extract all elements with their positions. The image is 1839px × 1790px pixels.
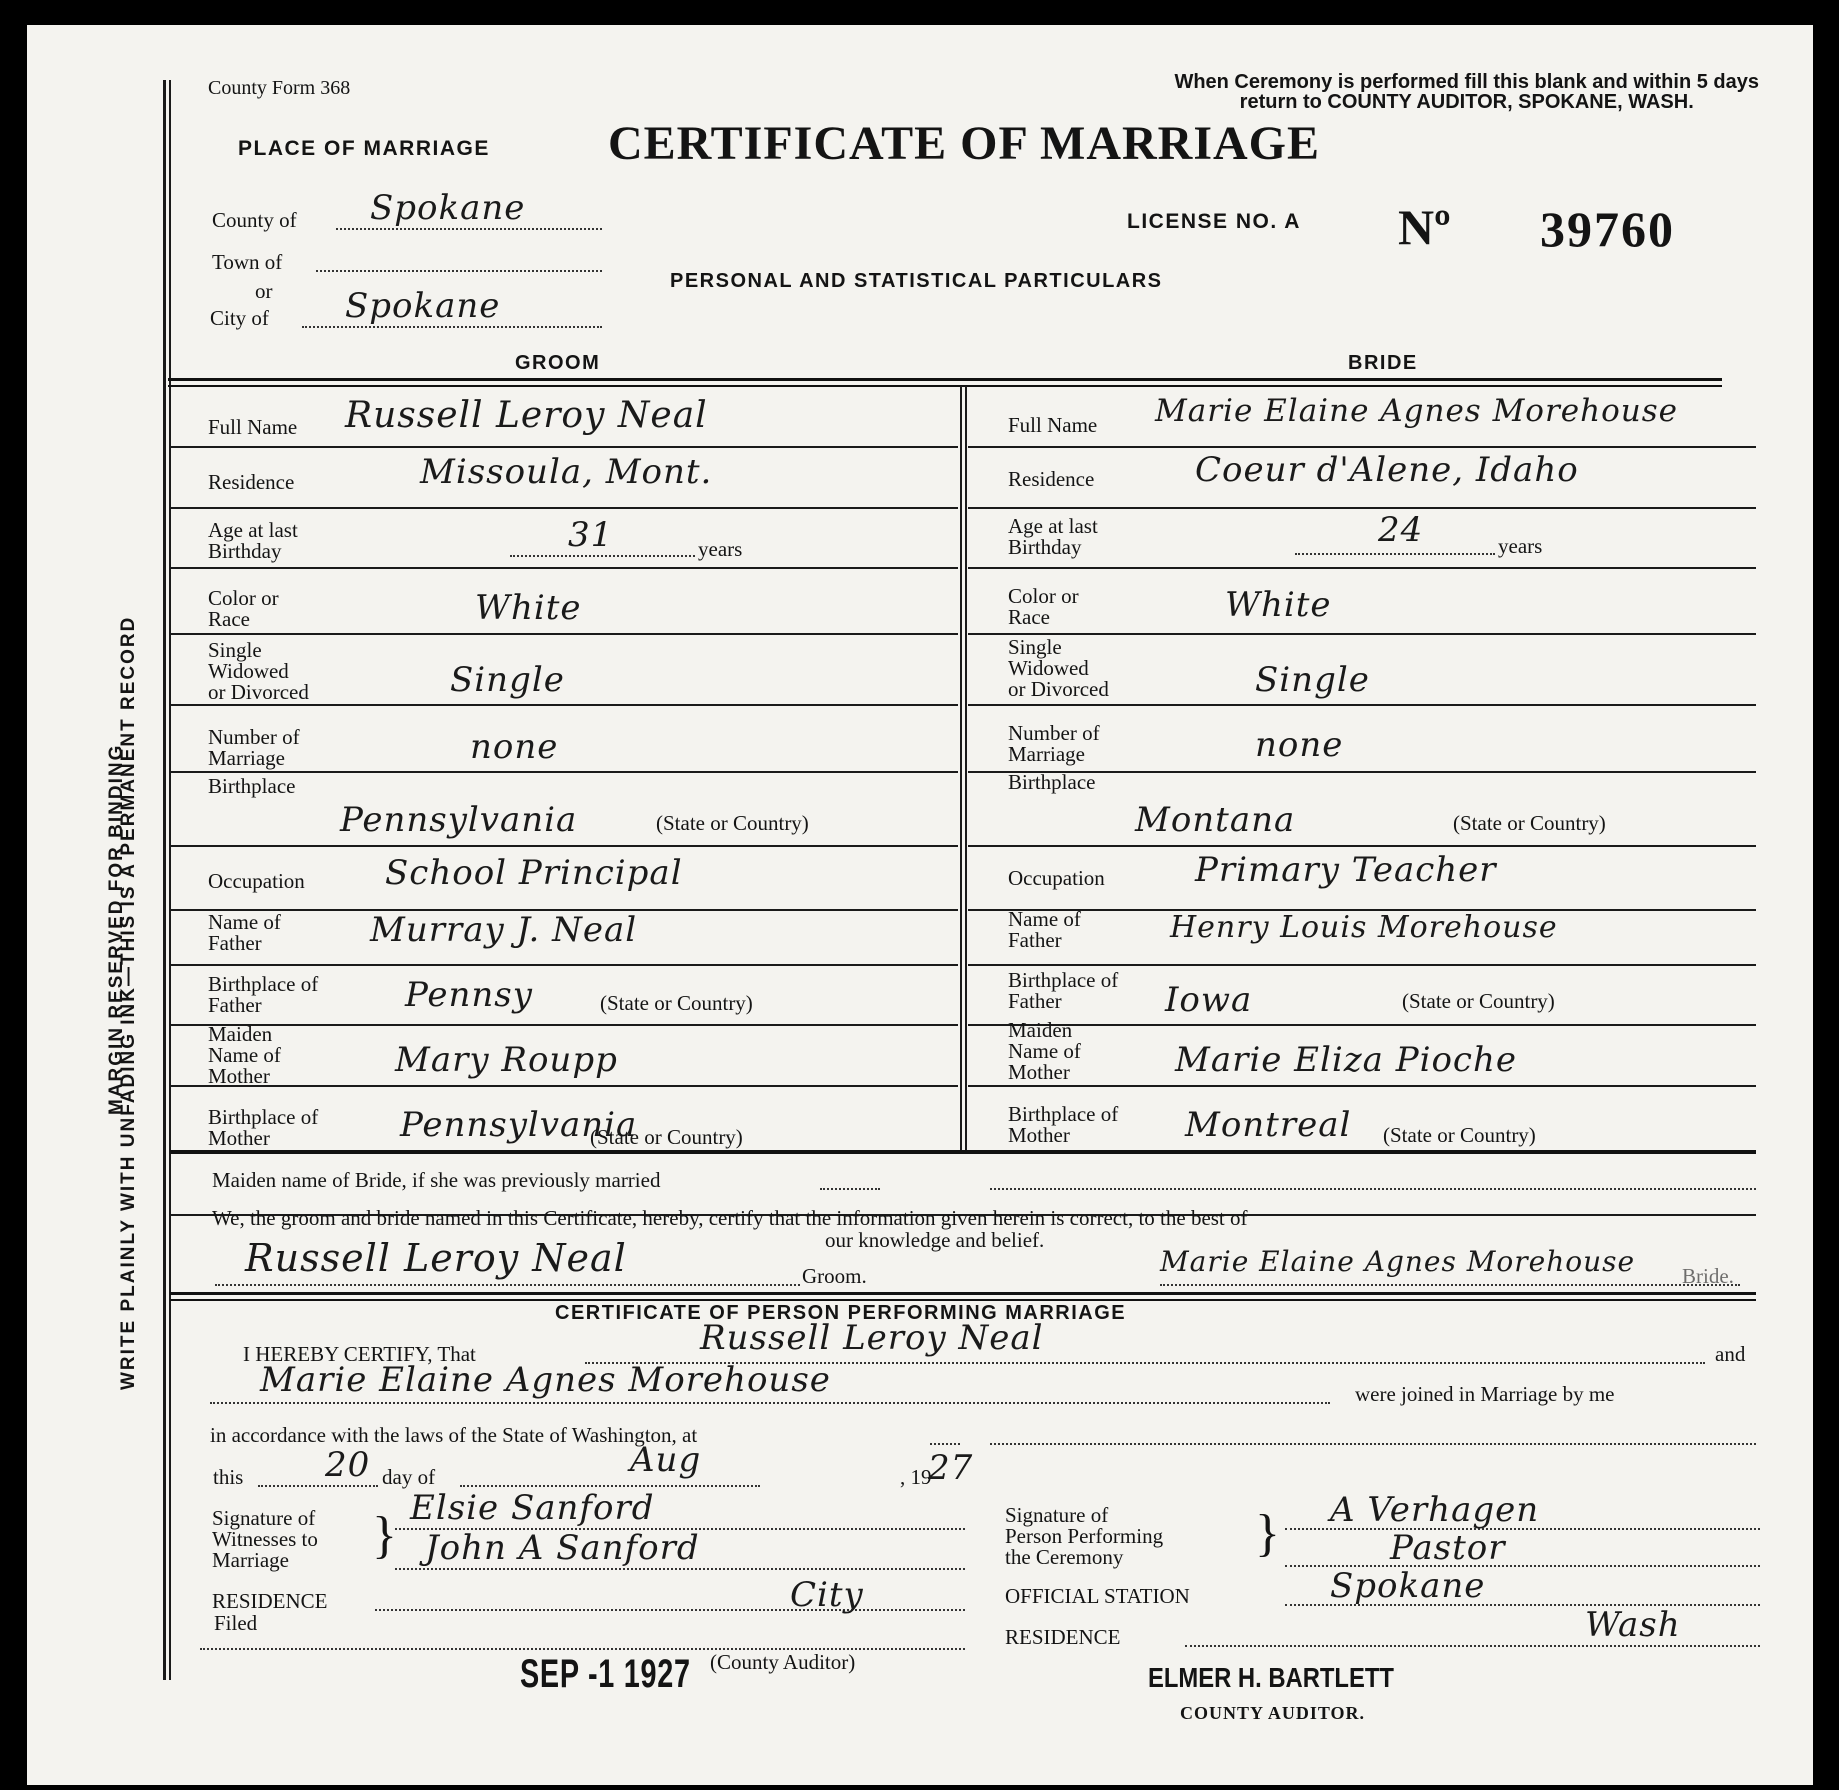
performer-label-2: Person Performing (1005, 1526, 1163, 1547)
groom-status-label-2: Widowed (208, 661, 289, 682)
and-label: and (1715, 1344, 1745, 1365)
rule-line (968, 507, 1756, 509)
bride-bp-mother-hint: (State or Country) (1383, 1125, 1536, 1146)
groom-status: Single (450, 660, 565, 700)
rule-line (968, 446, 1756, 448)
bride-signature: Marie Elaine Agnes Morehouse (1160, 1245, 1635, 1278)
bride-bp-father-hint: (State or Country) (1402, 991, 1555, 1012)
rule-line (930, 1443, 960, 1445)
rule-line (510, 555, 695, 557)
auditor-name-stamp: ELMER H. BARTLETT (1148, 1662, 1394, 1694)
performer-residence-value: Wash (1585, 1605, 1681, 1645)
witness-2-signature: John A Sanford (425, 1528, 700, 1568)
groom-residence: Missoula, Mont. (420, 452, 712, 492)
groom-status-label-1: Single (208, 640, 262, 661)
bride-full-name-label: Full Name (1008, 415, 1097, 436)
groom-father-name: Murray J. Neal (370, 910, 637, 950)
performer-brace: } (1255, 1508, 1280, 1560)
bride-color: White (1225, 585, 1332, 625)
bride-birthplace: Montana (1135, 800, 1295, 840)
return-notice: When Ceremony is performed fill this bla… (1174, 72, 1759, 112)
license-label: LICENSE NO. A (1127, 210, 1301, 234)
groom-color: White (475, 588, 582, 628)
groom-full-name: Russell Leroy Neal (345, 395, 708, 436)
performer-label-1: Signature of (1005, 1505, 1108, 1526)
or-label: or (255, 281, 273, 302)
rule-line (170, 507, 958, 509)
center-divider-inner (965, 386, 967, 1150)
number-symbol: Nº (1398, 198, 1451, 256)
center-divider (960, 386, 962, 1150)
bride-age: 24 (1378, 510, 1423, 550)
groom-number-label-1: Number of (208, 727, 300, 748)
witness-residence-label: RESIDENCE (212, 1591, 328, 1612)
groom-color-label-1: Color or (208, 588, 279, 609)
location-line (990, 1443, 1756, 1445)
rule-line (1160, 1284, 1740, 1286)
day-of-label: day of (382, 1467, 435, 1488)
filed-label: Filed (214, 1613, 257, 1634)
groom-signature-label: Groom. (802, 1266, 867, 1287)
official-station-value: Spokane (1330, 1566, 1485, 1606)
maiden-name-line (990, 1188, 1756, 1190)
groom-mother-label-1: Maiden (208, 1024, 272, 1045)
groom-signature: Russell Leroy Neal (245, 1236, 627, 1280)
performer-signature: A Verhagen (1330, 1490, 1539, 1530)
groom-full-name-label: Full Name (208, 417, 297, 438)
bride-occupation: Primary Teacher (1195, 850, 1497, 890)
joined-label: were joined in Marriage by me (1355, 1384, 1615, 1405)
city-line (302, 326, 602, 328)
rule-line (968, 633, 1756, 635)
rule-line (968, 845, 1756, 847)
bride-mother-label-3: Mother (1008, 1062, 1070, 1083)
groom-bp-mother-label-2: Mother (208, 1128, 270, 1149)
bride-father-label-2: Father (1008, 930, 1062, 951)
auditor-title-stamp: COUNTY AUDITOR. (1180, 1703, 1365, 1724)
rule-line (170, 845, 958, 847)
filed-date-stamp: SEP -1 1927 (520, 1652, 691, 1697)
county-label: County of (212, 210, 297, 231)
groom-color-label-2: Race (208, 609, 250, 630)
witness-residence-value: City (790, 1575, 864, 1615)
groom-years-label: years (698, 539, 742, 560)
county-line (336, 228, 602, 230)
bride-number-label-2: Marriage (1008, 744, 1085, 765)
bride-residence-label: Residence (1008, 469, 1094, 490)
groom-bp-father-hint: (State or Country) (600, 993, 753, 1014)
bride-mother-birthplace: Montreal (1185, 1105, 1351, 1145)
groom-age-label-1: Age at last (208, 520, 298, 541)
rule-line (968, 567, 1756, 569)
county-auditor-label: (County Auditor) (710, 1652, 855, 1673)
bride-number-of-marriage: none (1255, 725, 1343, 765)
declaration-statement-1: We, the groom and bride named in this Ce… (212, 1208, 1248, 1229)
rule-line (820, 1188, 880, 1190)
bride-color-label-1: Color or (1008, 586, 1079, 607)
bride-status-label-1: Single (1008, 637, 1062, 658)
bride-age-label-1: Age at last (1008, 516, 1098, 537)
rule-line (1185, 1645, 1760, 1647)
return-notice-line1: When Ceremony is performed fill this bla… (1174, 72, 1759, 92)
margin-ink-note: WRITE PLAINLY WITH UNFADING INK—THIS IS … (118, 616, 140, 1390)
bride-years-label: years (1498, 536, 1542, 557)
bride-full-name: Marie Elaine Agnes Morehouse (1155, 393, 1678, 429)
groom-father-birthplace: Pennsy (405, 975, 533, 1015)
year-prefix: , 19 (900, 1467, 932, 1488)
bride-occupation-label: Occupation (1008, 868, 1105, 889)
groom-bp-father-label-2: Father (208, 995, 262, 1016)
rule-line (170, 633, 958, 635)
maiden-name-label: Maiden name of Bride, if she was previou… (212, 1170, 660, 1191)
bride-color-label-2: Race (1008, 607, 1050, 628)
bride-mother-label-2: Name of (1008, 1041, 1081, 1062)
particulars-bottom-rule (170, 1150, 1756, 1154)
performer-title: Pastor (1390, 1528, 1505, 1568)
rule-line (1295, 553, 1495, 555)
groom-occupation-label: Occupation (208, 871, 305, 892)
license-number: 39760 (1540, 200, 1675, 258)
rule-line (968, 704, 1756, 706)
accordance-label: in accordance with the laws of the State… (210, 1425, 697, 1446)
bride-heading: BRIDE (1348, 352, 1418, 375)
rule-line (210, 1402, 1330, 1404)
official-station-label: OFFICIAL STATION (1005, 1586, 1190, 1607)
groom-number-label-2: Marriage (208, 748, 285, 769)
bride-bp-father-label-2: Father (1008, 991, 1062, 1012)
groom-age-label-2: Birthday (208, 541, 282, 562)
groom-occupation: School Principal (385, 853, 683, 893)
rule-line (375, 1609, 965, 1611)
groom-mother-label-2: Name of (208, 1045, 281, 1066)
rule-line (170, 704, 958, 706)
bride-father-birthplace: Iowa (1165, 980, 1252, 1020)
this-label: this (213, 1467, 243, 1488)
margin-rule (163, 80, 166, 1680)
bride-bp-mother-label-2: Mother (1008, 1125, 1070, 1146)
form-number: County Form 368 (208, 77, 350, 100)
bride-bp-father-label-1: Birthplace of (1008, 970, 1118, 991)
town-line (316, 270, 602, 272)
rule-line (215, 1284, 800, 1286)
rule-line (258, 1485, 378, 1487)
rule-line (170, 771, 958, 773)
place-of-marriage-heading: PLACE OF MARRIAGE (238, 137, 490, 161)
bride-residence: Coeur d'Alene, Idaho (1195, 450, 1579, 490)
return-notice-line2: return to COUNTY AUDITOR, SPOKANE, WASH. (1174, 92, 1759, 112)
groom-birthplace: Pennsylvania (340, 800, 577, 840)
rule-line (968, 1085, 1756, 1087)
groom-bp-mother-hint: (State or Country) (590, 1127, 743, 1148)
bride-mother-maiden-name: Marie Eliza Pioche (1175, 1040, 1517, 1080)
performer-residence-label: RESIDENCE (1005, 1627, 1121, 1648)
particulars-heading: PERSONAL AND STATISTICAL PARTICULARS (670, 270, 1163, 293)
witness-label-3: Marriage (212, 1550, 289, 1571)
header-double-rule (168, 378, 1722, 387)
witness-label-2: Witnesses to (212, 1529, 318, 1550)
rule-line (170, 964, 958, 966)
officiant-double-rule (170, 1292, 1756, 1301)
bride-birthplace-label: Birthplace (1008, 772, 1095, 793)
bride-bp-mother-label-1: Birthplace of (1008, 1104, 1118, 1125)
bride-father-name: Henry Louis Morehouse (1170, 910, 1558, 945)
groom-status-label-3: or Divorced (208, 682, 309, 703)
groom-birthplace-hint: (State or Country) (656, 813, 809, 834)
groom-father-label-1: Name of (208, 912, 281, 933)
rule-line (968, 1024, 1756, 1026)
declaration-statement-2: our knowledge and belief. (825, 1230, 1044, 1251)
groom-mother-maiden-name: Mary Roupp (395, 1040, 618, 1080)
document-title: CERTIFICATE OF MARRIAGE (608, 116, 1320, 171)
document-canvas: MARGIN RESERVED FOR BINDING WRITE PLAINL… (0, 0, 1839, 1790)
groom-mother-label-3: Mother (208, 1066, 270, 1087)
bride-mother-label-1: Maiden (1008, 1020, 1072, 1041)
groom-father-label-2: Father (208, 933, 262, 954)
certified-bride-name: Marie Elaine Agnes Morehouse (260, 1360, 831, 1400)
ceremony-month: Aug (630, 1440, 701, 1480)
witness-label-1: Signature of (212, 1508, 315, 1529)
town-label: Town of (212, 252, 282, 273)
rule-line (968, 964, 1756, 966)
ceremony-year: 27 (928, 1448, 973, 1488)
witness-1-signature: Elsie Sanford (410, 1488, 654, 1528)
witness-brace: } (372, 1510, 397, 1562)
groom-age: 31 (568, 515, 613, 555)
groom-number-of-marriage: none (470, 727, 558, 767)
bride-number-label-1: Number of (1008, 723, 1100, 744)
rule-line (170, 567, 958, 569)
bride-signature-label: Bride. (1682, 1266, 1734, 1287)
rule-line (170, 1024, 958, 1026)
bride-birthplace-hint: (State or Country) (1453, 813, 1606, 834)
bride-status-label-2: Widowed (1008, 658, 1089, 679)
bride-status-label-3: or Divorced (1008, 679, 1109, 700)
groom-birthplace-label: Birthplace (208, 776, 295, 797)
city-value: Spokane (345, 286, 500, 326)
groom-heading: GROOM (515, 352, 600, 375)
bride-age-label-2: Birthday (1008, 537, 1082, 558)
bride-father-label-1: Name of (1008, 909, 1081, 930)
rule-line (460, 1485, 760, 1487)
groom-residence-label: Residence (208, 472, 294, 493)
groom-bp-father-label-1: Birthplace of (208, 974, 318, 995)
rule-line (170, 1085, 958, 1087)
rule-line (170, 446, 958, 448)
ceremony-day: 20 (325, 1445, 370, 1485)
bride-status: Single (1255, 660, 1370, 700)
certified-groom-name: Russell Leroy Neal (700, 1318, 1044, 1358)
groom-bp-mother-label-1: Birthplace of (208, 1107, 318, 1128)
performer-label-3: the Ceremony (1005, 1547, 1123, 1568)
margin-rule-inner (169, 80, 171, 1680)
rule-line (395, 1568, 965, 1570)
city-label: City of (210, 308, 269, 329)
county-value: Spokane (370, 188, 525, 228)
